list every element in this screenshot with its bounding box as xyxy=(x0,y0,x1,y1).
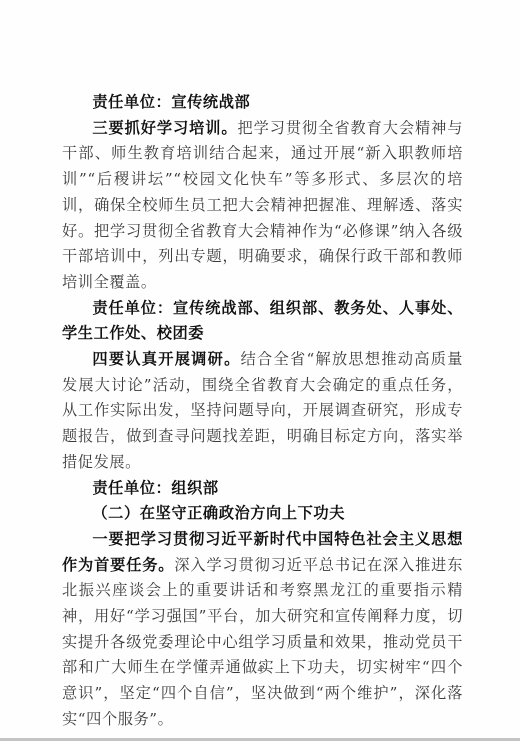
section-heading: （二）在坚守正确政治方向上下功夫 xyxy=(62,501,463,527)
document-page: 责任单位：宣传统战部 三要抓好学习培训。把学习贯彻全省教育大会精神与干部、师生教… xyxy=(0,0,520,738)
item-lead: 三要抓好学习培训。 xyxy=(92,119,237,137)
document-body: 责任单位：宣传统战部 三要抓好学习培训。把学习贯彻全省教育大会精神与干部、师生教… xyxy=(62,90,463,733)
item-body: 结合全省“解放思想推动高质量发展大讨论”活动，围绕全省教育大会确定的重点任务，从… xyxy=(62,350,463,471)
responsibility-text: 责任单位：宣传统战部、组织部、教务处、人事处、学生工作处、校团委 xyxy=(62,299,463,343)
responsibility-line: 责任单位：组织部 xyxy=(62,476,463,502)
paragraph-item-3: 三要抓好学习培训。把学习贯彻全省教育大会精神与干部、师生教育培训结合起来，通过开… xyxy=(62,116,463,296)
paragraph-item-4: 四要认真开展调研。结合全省“解放思想推动高质量发展大讨论”活动，围绕全省教育大会… xyxy=(62,347,463,476)
page-number: 4 xyxy=(254,664,266,675)
responsibility-line: 责任单位：宣传统战部 xyxy=(62,90,463,116)
responsibility-text: 责任单位：宣传统战部 xyxy=(92,93,250,111)
responsibility-text: 责任单位：组织部 xyxy=(92,479,218,497)
section-heading-text: （二）在坚守正确政治方向上下功夫 xyxy=(92,504,345,522)
item-body: 把学习贯彻全省教育大会精神与干部、师生教育培训结合起来，通过开展“新入职教师培训… xyxy=(62,119,463,291)
paragraph-item-1: 一要把学习贯彻习近平新时代中国特色社会主义思想作为首要任务。深入学习贯彻习近平总… xyxy=(62,527,463,733)
responsibility-line: 责任单位：宣传统战部、组织部、教务处、人事处、学生工作处、校团委 xyxy=(62,296,463,347)
item-lead: 四要认真开展调研。 xyxy=(92,350,240,368)
item-body: 深入学习贯彻习近平总书记在深入推进东北振兴座谈会上的重要讲话和考察黑龙江的重要指… xyxy=(62,556,463,728)
